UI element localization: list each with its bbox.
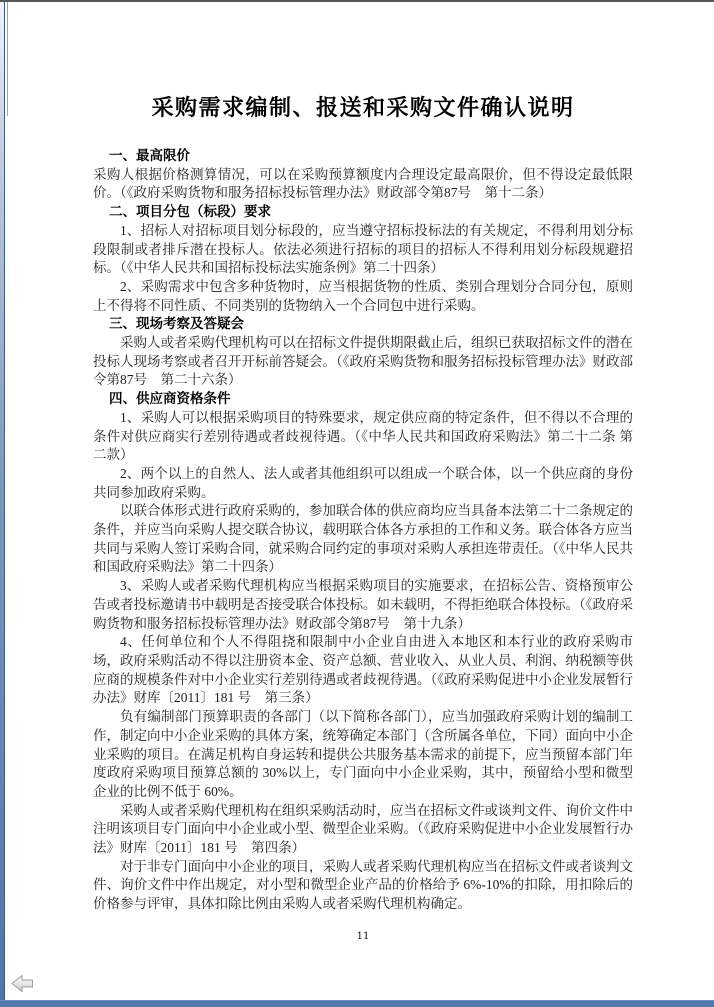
paragraph: 4、任何单位和个人不得阻挠和限制中小企业自由进入本地区和本行业的政府采购市场，政…: [93, 633, 633, 708]
paragraph: 1、招标人对招标项目划分标段的，应当遵守招标投标法的有关规定，不得利用划分标段限…: [93, 222, 633, 278]
document-title: 采购需求编制、报送和采购文件确认说明: [93, 91, 633, 122]
document-viewer: 采购需求编制、报送和采购文件确认说明 一、最高限价采购人根据价格测算情况，可以在…: [0, 0, 714, 1007]
document-page: 采购需求编制、报送和采购文件确认说明 一、最高限价采购人根据价格测算情况，可以在…: [5, 2, 714, 1001]
page-left-edge-line: [7, 2, 8, 116]
section-heading: 一、最高限价: [93, 147, 633, 166]
section-heading: 三、现场考察及答疑会: [93, 315, 633, 334]
paragraph: 采购人或者采购代理机构在组织采购活动时，应当在招标文件或谈判文件、询价文件中注明…: [93, 802, 633, 858]
page-number: 11: [93, 931, 633, 942]
document-body: 一、最高限价采购人根据价格测算情况，可以在采购预算额度内合理设定最高限价，但不得…: [93, 147, 633, 914]
paragraph: 1、采购人可以根据采购项目的特殊要求，规定供应商的特定条件，但不得以不合理的条件…: [93, 409, 633, 465]
paragraph: 负有编制部门预算职责的各部门（以下简称各部门），应当加强政府采购计划的编制工作，…: [93, 708, 633, 802]
section-heading: 四、供应商资格条件: [93, 390, 633, 409]
paragraph: 采购人或者采购代理机构可以在招标文件提供期限截止后，组织已获取招标文件的潜在投标…: [93, 334, 633, 390]
paragraph: 2、两个以上的自然人、法人或者其他组织可以组成一个联合体，以一个供应商的身份共同…: [93, 465, 633, 502]
paragraph: 对于非专门面向中小企业的项目，采购人或者采购代理机构应当在招标文件或者谈判文件、…: [93, 858, 633, 914]
paragraph: 以联合体形式进行政府采购的，参加联合体的供应商均应当具备本法第二十二条规定的条件…: [93, 502, 633, 577]
paragraph: 采购人根据价格测算情况，可以在采购预算额度内合理设定最高限价，但不得设定最低限价…: [93, 166, 633, 203]
paragraph: 2、采购需求中包含多种货物时，应当根据货物的性质、类别合理划分合同分包，原则上不…: [93, 278, 633, 315]
left-edge-strip: [0, 2, 5, 1007]
bottom-edge-strip: [0, 1000, 714, 1007]
back-arrow-button[interactable]: [11, 972, 34, 995]
left-arrow-icon: [11, 983, 34, 998]
paragraph: 3、采购人或者采购代理机构应当根据采购项目的实施要求，在招标公告、资格预审公告或…: [93, 577, 633, 633]
window-top-border: [0, 0, 714, 2]
section-heading: 二、项目分包（标段）要求: [93, 203, 633, 222]
